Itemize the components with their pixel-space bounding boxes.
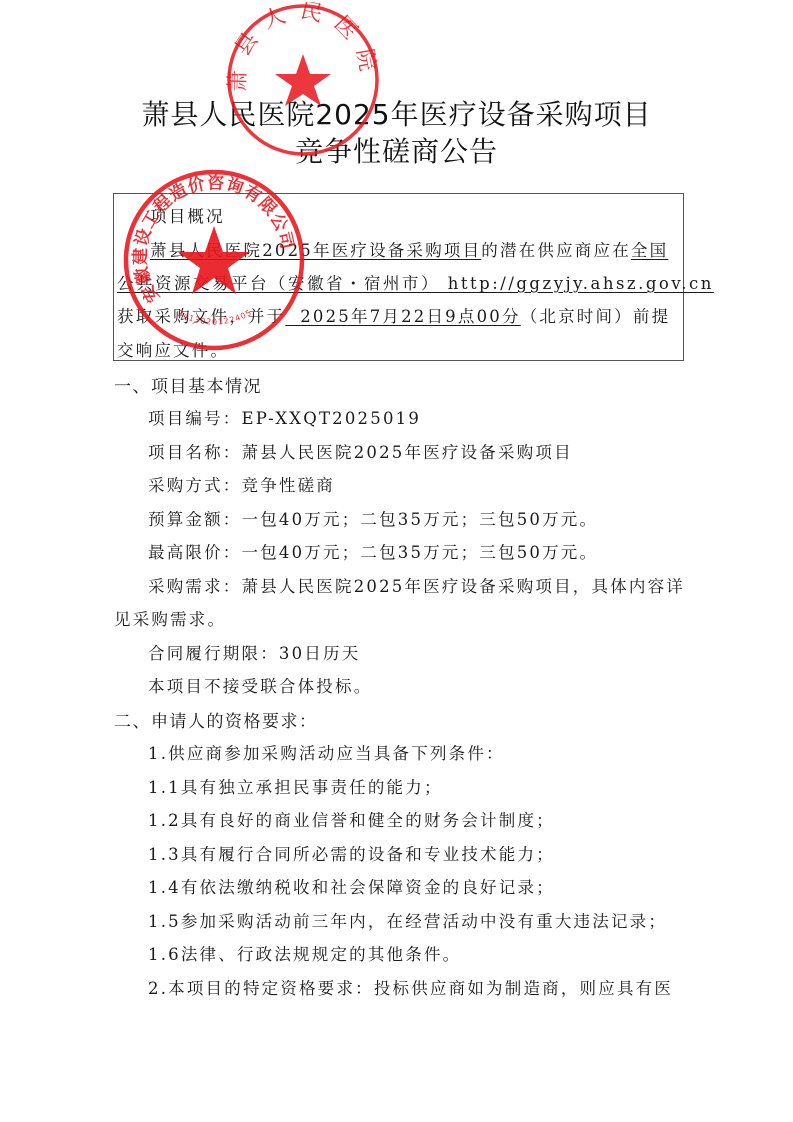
qualification-item-1-4: 1.4有依法缴纳税收和社会保障资金的良好记录； xyxy=(148,874,555,898)
max-price: 最高限价：一包40万元；二包35万元；三包50万元。 xyxy=(148,539,598,563)
qualification-item-1-3: 1.3具有履行合同所必需的设备和专业技术能力； xyxy=(148,841,555,865)
overview-text: 获取采购文件，并于 xyxy=(117,307,285,326)
qualification-item-1-5: 1.5参加采购活动前三年内，在经营活动中没有重大违法记录； xyxy=(148,908,667,932)
project-number: 项目编号：EP-XXQT2025019 xyxy=(148,405,421,429)
deadline: 2025年7月22日9点00分 xyxy=(285,307,520,326)
overview-text: （北京时间）前提 xyxy=(521,307,671,326)
platform-link[interactable]: 公共资源交易平台（安徽省・宿州市） http://ggzyjy.ahsz.gov… xyxy=(117,274,714,293)
consortium-note: 本项目不接受联合体投标。 xyxy=(148,673,372,697)
section2-heading: 二、申请人的资格要求： xyxy=(114,707,318,732)
overview-line2: 公共资源交易平台（安徽省・宿州市） http://ggzyjy.ahsz.gov… xyxy=(117,270,714,294)
platform-link-part1[interactable]: 全国 xyxy=(631,241,668,260)
budget-amount: 预算金额：一包40万元；二包35万元；三包50万元。 xyxy=(148,506,598,530)
requirement-line1: 采购需求：萧县人民医院2025年医疗设备采购项目，具体内容详 xyxy=(148,573,685,597)
contract-period: 合同履行期限：30日历天 xyxy=(148,640,360,664)
page-title-line1: 萧县人民医院2025年医疗设备采购项目 xyxy=(0,93,793,133)
project-name-underlined: 萧县人民医院2025年医疗设备采购项目 xyxy=(150,241,481,260)
qualification-item-1-6: 1.6法律、行政法规规定的其他条件。 xyxy=(148,941,461,965)
qualification-item-1-1: 1.1具有独立承担民事责任的能力； xyxy=(148,774,443,798)
procurement-method: 采购方式：竞争性磋商 xyxy=(148,472,335,496)
overview-line1: 萧县人民医院2025年医疗设备采购项目的潜在供应商应在全国 xyxy=(150,237,668,261)
qualification-item-1-2: 1.2具有良好的商业信誉和健全的财务会计制度； xyxy=(148,807,555,831)
requirement-line2: 见采购需求。 xyxy=(114,606,226,630)
project-name: 项目名称：萧县人民医院2025年医疗设备采购项目 xyxy=(148,439,573,463)
overview-heading: 项目概况 xyxy=(150,203,225,227)
overview-text: 的潜在供应商应在 xyxy=(481,241,631,260)
page-title-line2: 竞争性磋商公告 xyxy=(0,130,793,170)
svg-text:萧县人民医院: 萧县人民医院 xyxy=(226,2,381,92)
section1-heading: 一、项目基本情况 xyxy=(114,372,262,397)
overview-line3: 获取采购文件，并于 2025年7月22日9点00分（北京时间）前提 xyxy=(117,303,670,327)
qualification-item-1: 1.供应商参加采购活动应当具备下列条件： xyxy=(148,740,505,764)
qualification-item-2: 2.本项目的特定资格要求：投标供应商如为制造商，则应具有医 xyxy=(148,975,673,999)
overview-line4: 交响应文件。 xyxy=(117,337,229,361)
